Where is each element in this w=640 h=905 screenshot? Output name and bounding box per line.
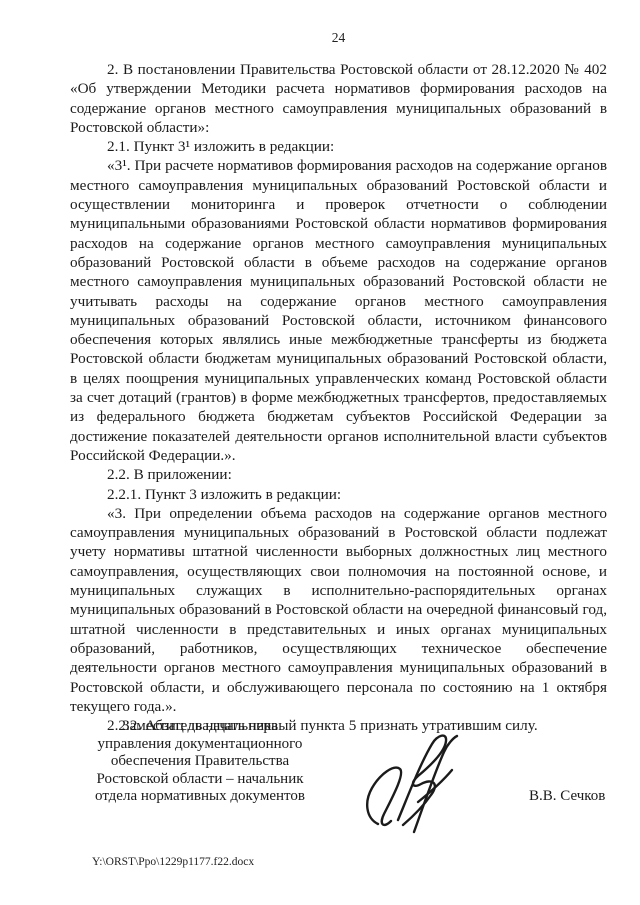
document-page: 24 2. В постановлении Правительства Рост…	[0, 0, 640, 905]
signatory-position: Заместитель начальника управления докуме…	[76, 718, 324, 806]
paragraph-2-2: 2.2. В приложении:	[70, 465, 607, 484]
signature-image	[358, 724, 468, 842]
signatory-position-line: обеспечения Правительства	[76, 753, 324, 771]
signatory-position-line: Заместитель начальника	[76, 718, 324, 736]
paragraph-2-2-1: 2.2.1. Пункт 3 изложить в редакции:	[70, 485, 607, 504]
signatory-position-line: отдела нормативных документов	[76, 788, 324, 806]
document-body: 2. В постановлении Правительства Ростовс…	[70, 60, 607, 735]
signatory-position-line: управления документационного	[76, 736, 324, 754]
file-path-footer: Y:\ORST\Ppo\1229p1177.f22.docx	[92, 856, 254, 868]
page-number: 24	[70, 30, 607, 46]
paragraph-3-1-redaction: «3¹. При расчете нормативов формирования…	[70, 156, 607, 465]
signatory-position-line: Ростовской области – начальник	[76, 771, 324, 789]
signatory-name: В.В. Сечков	[529, 788, 605, 805]
paragraph-3-redaction: «3. При определении объема расходов на с…	[70, 504, 607, 716]
paragraph-2: 2. В постановлении Правительства Ростовс…	[70, 60, 607, 137]
signature-block: Заместитель начальника управления докуме…	[0, 716, 640, 846]
paragraph-2-1: 2.1. Пункт 3¹ изложить в редакции:	[70, 137, 607, 156]
